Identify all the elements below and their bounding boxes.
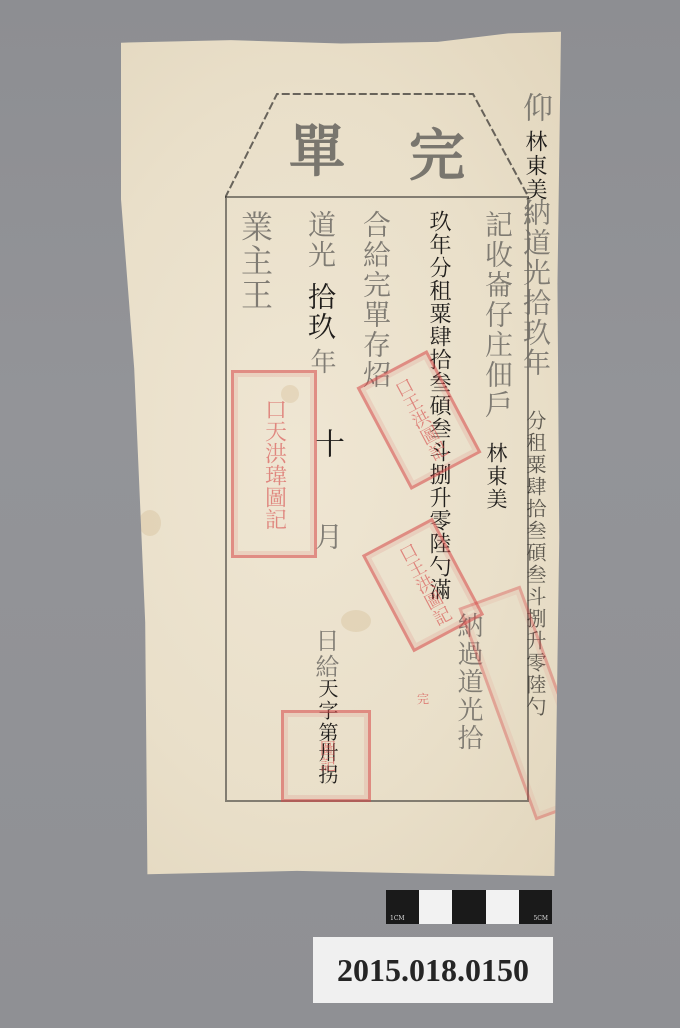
document-paper: 單 完 記收崙仔庄佃戶 林東美 玖年分租粟肆拾叁碩叁斗捌升零陸勺滿 完 合給完單… <box>121 30 561 876</box>
paper-stain <box>139 510 161 536</box>
column-receipt-note: 合給完單存炤 <box>361 210 389 390</box>
scale-seg-black: 1CM <box>386 890 419 924</box>
catalog-label-card: 2015.018.0150 <box>313 937 553 1003</box>
printed-text: 記收崙仔庄佃戶 <box>481 210 514 420</box>
stub-tenant-name: 林東美 <box>523 130 545 202</box>
red-seal-bottom: 圖記 <box>281 710 371 802</box>
completion-mark: 完 <box>417 690 429 707</box>
scale-left-label: 1CM <box>390 915 405 922</box>
year-number: 拾玖 <box>306 282 334 342</box>
issue-prefix: 日給 <box>313 628 337 680</box>
scale-seg-black: 5CM <box>519 890 552 924</box>
stub-paid-year: 納道光拾玖年 <box>521 198 549 378</box>
title-char-wan: 完 <box>409 112 465 192</box>
column-landlord: 業主王 <box>239 210 271 312</box>
era-daoguang: 道光 <box>306 210 334 270</box>
column-record-tenant: 記收崙仔庄佃戶 <box>483 210 511 420</box>
scale-right-label: 5CM <box>533 915 548 922</box>
red-seal-left: 口天洪瑋圖記 <box>231 370 317 558</box>
title-char-dan: 單 <box>289 108 345 188</box>
scale-seg-white <box>419 890 452 924</box>
tenant-name: 林東美 <box>485 442 506 511</box>
month-char: 月 <box>313 522 341 552</box>
scale-bar: 1CM 5CM <box>386 890 552 924</box>
stub-header: 仰 <box>519 92 549 124</box>
scale-seg-white <box>486 890 519 924</box>
catalog-number: 2015.018.0150 <box>337 952 529 989</box>
frame-roof <box>225 90 529 198</box>
scale-seg-black <box>452 890 485 924</box>
